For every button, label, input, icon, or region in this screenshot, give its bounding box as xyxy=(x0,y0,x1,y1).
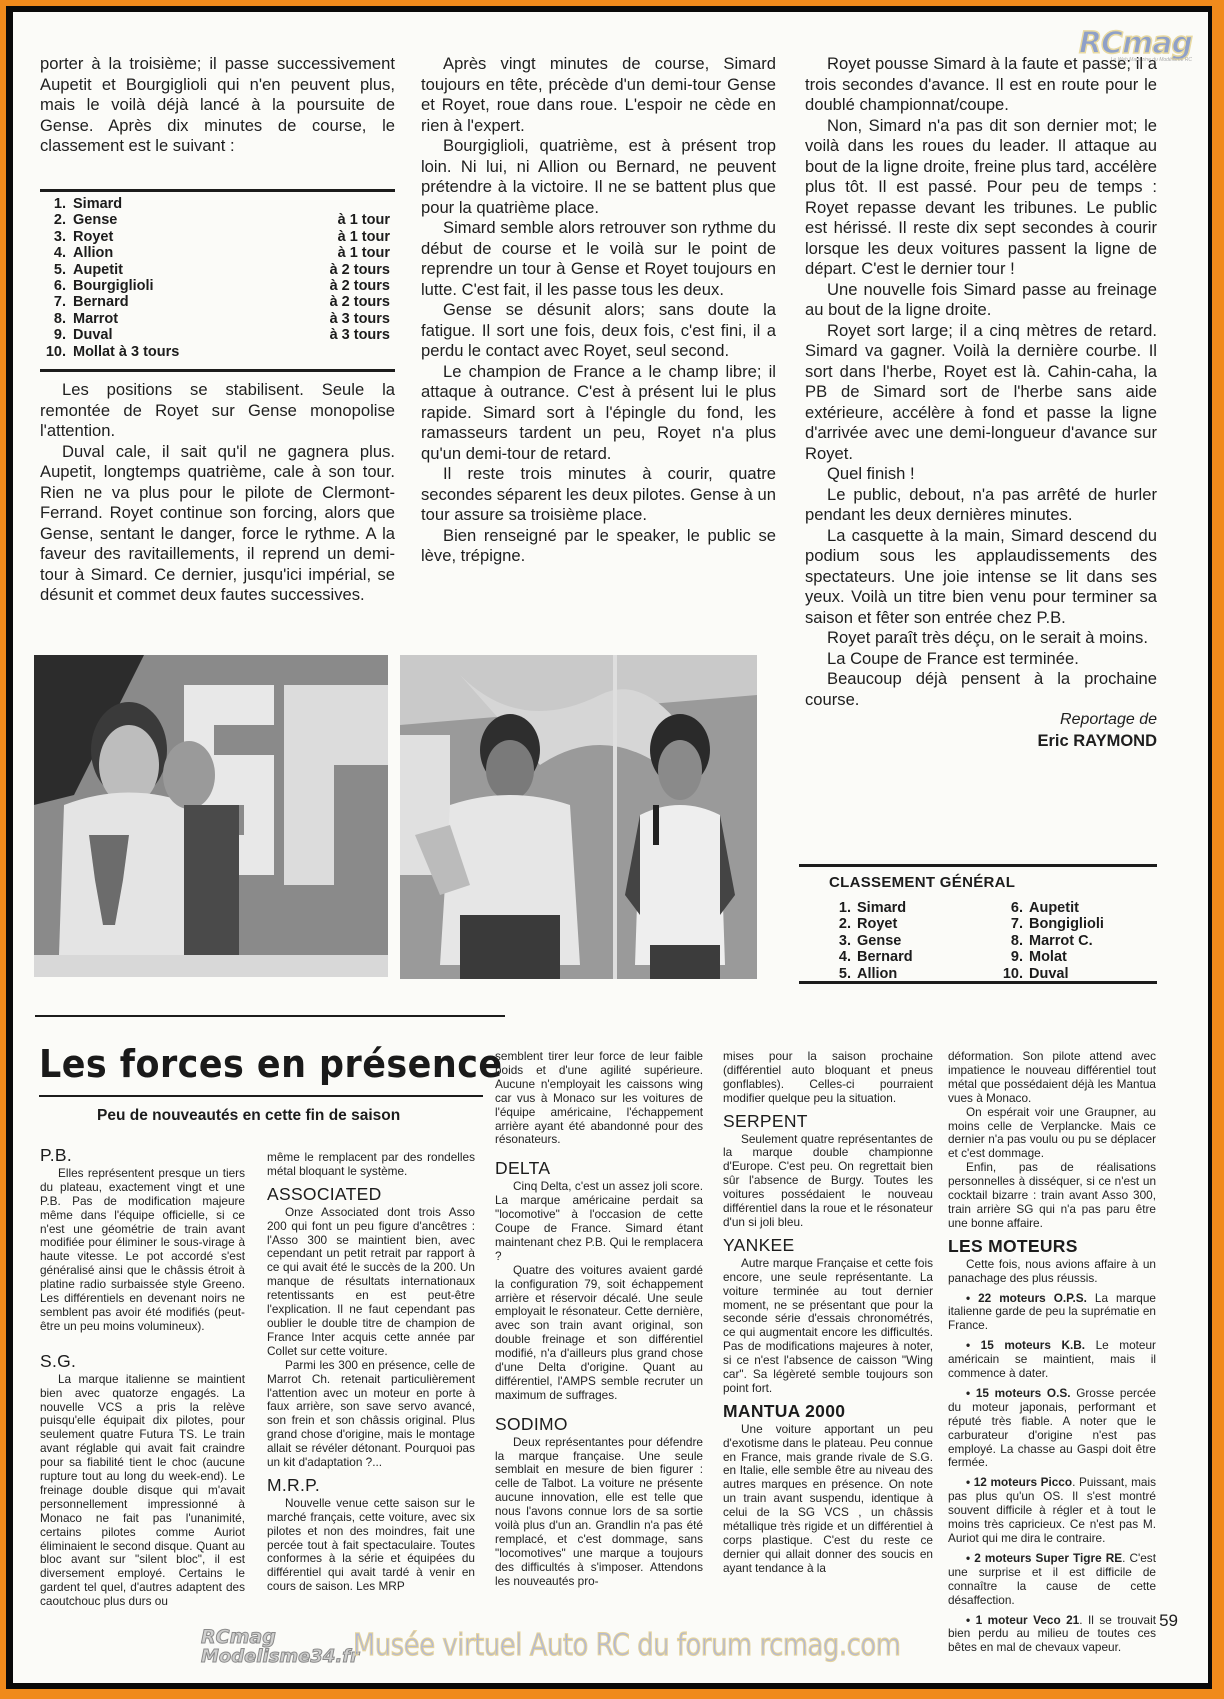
standings-row: 8.Marrotà 3 tours xyxy=(40,311,390,327)
forces-column-5: déformation. Son pilote attend avec impa… xyxy=(948,1050,1156,1655)
heading-mantua: MANTUA 2000 xyxy=(723,1405,933,1419)
page-number: 59 xyxy=(1159,1611,1178,1631)
divider xyxy=(799,981,1157,984)
pilot-name: Simard xyxy=(857,900,906,916)
engine-item: • 2 moteurs Super Tigre RE. C'est une su… xyxy=(948,1552,1156,1608)
classement-general-right: 6.Aupetit7.Bongiglioli8.Marrot C.9.Molat… xyxy=(1001,900,1104,982)
watermark-modelisme34: RCmag Modelisme34.fr xyxy=(201,1627,359,1667)
standings-row: 4.Allionà 1 tour xyxy=(40,245,390,261)
gap: à 1 tour xyxy=(338,245,390,261)
article-column-1: porter à la troisième; il passe successi… xyxy=(40,54,395,157)
byline: Reportage de Eric RAYMOND xyxy=(805,710,1157,751)
magazine-page: RCmag Le Web Magazine du Modélisme RC po… xyxy=(13,12,1208,1683)
forces-column-4: mises pour la saison prochaine (différen… xyxy=(723,1050,933,1576)
gap: à 2 tours xyxy=(330,262,390,278)
engine-item: • 15 moteurs K.B. Le moteur américain se… xyxy=(948,1339,1156,1381)
forces-column-1: P.B. Elles représentent presque un tiers… xyxy=(40,1140,245,1609)
pilot-name: Royet xyxy=(73,229,113,245)
pilot-name: Allion xyxy=(857,966,897,982)
standings-row: 10.Mollat à 3 tours xyxy=(40,344,390,360)
classement-row: 5.Allion xyxy=(829,966,913,982)
col1-intro: porter à la troisième; il passe successi… xyxy=(40,54,395,157)
forces-column-3: semblent tirer leur force de leur faible… xyxy=(495,1050,703,1589)
title-underline xyxy=(39,1095,483,1097)
photo-podium-microphone xyxy=(400,655,757,979)
article-column-2: Après vingt minutes de course, Simard to… xyxy=(421,54,776,567)
pilot-name: Duval xyxy=(1029,966,1069,982)
pilot-name: Royet xyxy=(857,916,897,932)
heading-pb: P.B. xyxy=(40,1149,245,1163)
classement-row: 9.Molat xyxy=(1001,949,1104,965)
classement-row: 3.Gense xyxy=(829,933,913,949)
standings-row: 1.Simard xyxy=(40,196,390,212)
heading-serpent: SERPENT xyxy=(723,1115,933,1129)
pilot-name: Bongiglioli xyxy=(1029,916,1104,932)
divider xyxy=(40,189,395,192)
classement-general-left: 1.Simard2.Royet3.Gense4.Bernard5.Allion xyxy=(829,900,913,982)
pilot-name: Molat xyxy=(1029,949,1067,965)
pilot-name: Bernard xyxy=(73,294,129,310)
engine-item: • 15 moteurs O.S. Grosse percée du moteu… xyxy=(948,1387,1156,1470)
forces-column-2: même le remplacent par des rondelles mét… xyxy=(267,1151,475,1594)
gap: à 2 tours xyxy=(330,278,390,294)
standings-row: 6.Bourgigliolià 2 tours xyxy=(40,278,390,294)
photo-trophy-winner xyxy=(34,655,388,977)
heading-delta: DELTA xyxy=(495,1162,703,1176)
classement-row: 2.Royet xyxy=(829,916,913,932)
pilot-name: Mollat à 3 tours xyxy=(73,344,179,360)
pilot-name: Allion xyxy=(73,245,113,261)
classement-row: 8.Marrot C. xyxy=(1001,933,1104,949)
gap: à 3 tours xyxy=(330,311,390,327)
standings-row: 9.Duvalà 3 tours xyxy=(40,327,390,343)
heading-sodimo: SODIMO xyxy=(495,1418,703,1432)
classement-row: 1.Simard xyxy=(829,900,913,916)
gap: à 1 tour xyxy=(338,229,390,245)
standings-row: 7.Bernardà 2 tours xyxy=(40,294,390,310)
pilot-name: Aupetit xyxy=(73,262,123,278)
gap: à 3 tours xyxy=(330,327,390,343)
pilot-name: Gense xyxy=(857,933,901,949)
classement-row: 7.Bongiglioli xyxy=(1001,916,1104,932)
classement-row: 4.Bernard xyxy=(829,949,913,965)
standings-row: 3.Royetà 1 tour xyxy=(40,229,390,245)
divider xyxy=(40,369,395,372)
standings-10min: 1.Simard2.Genseà 1 tour3.Royetà 1 tour4.… xyxy=(40,196,390,360)
heading-moteurs: LES MOTEURS xyxy=(948,1240,1156,1254)
pilot-name: Gense xyxy=(73,212,117,228)
engine-item: • 1 moteur Veco 21. Il se trouvait bien … xyxy=(948,1614,1156,1656)
standings-row: 2.Genseà 1 tour xyxy=(40,212,390,228)
article-column-3: Royet pousse Simard à la faute et passe;… xyxy=(805,54,1157,751)
heading-yankee: YANKEE xyxy=(723,1239,933,1253)
pilot-name: Duval xyxy=(73,327,113,343)
divider xyxy=(799,864,1157,867)
pilot-name: Bernard xyxy=(857,949,913,965)
section-divider xyxy=(35,1015,505,1017)
pilot-name: Aupetit xyxy=(1029,900,1079,916)
classement-general-title: CLASSEMENT GÉNÉRAL xyxy=(829,874,1015,891)
engine-list: • 22 moteurs O.P.S. La marque italienne … xyxy=(948,1292,1156,1656)
section-title: Les forces en présence xyxy=(39,1042,503,1086)
heading-associated: ASSOCIATED xyxy=(267,1188,475,1202)
engine-item: • 22 moteurs O.P.S. La marque italienne … xyxy=(948,1292,1156,1334)
pilot-name: Marrot C. xyxy=(1029,933,1093,949)
standings-row: 5.Aupetità 2 tours xyxy=(40,262,390,278)
classement-row: 10.Duval xyxy=(1001,966,1104,982)
pilot-name: Bourgiglioli xyxy=(73,278,154,294)
section-subtitle: Peu de nouveautés en cette fin de saison xyxy=(97,1107,400,1125)
author-name: Eric RAYMOND xyxy=(805,731,1157,752)
pilot-name: Simard xyxy=(73,196,122,212)
engine-item: • 12 moteurs Picco. Puissant, mais pas p… xyxy=(948,1476,1156,1546)
gap: à 1 tour xyxy=(338,212,390,228)
pilot-name: Marrot xyxy=(73,311,118,327)
heading-mrp: M.R.P. xyxy=(267,1479,475,1493)
article-column-1-cont: Les positions se stabilisent. Seule la r… xyxy=(40,380,395,606)
gap: à 2 tours xyxy=(330,294,390,310)
watermark-musee: Musée virtuel Auto RC du forum rcmag.com xyxy=(353,1628,900,1663)
classement-row: 6.Aupetit xyxy=(1001,900,1104,916)
heading-sg: S.G. xyxy=(40,1355,245,1369)
